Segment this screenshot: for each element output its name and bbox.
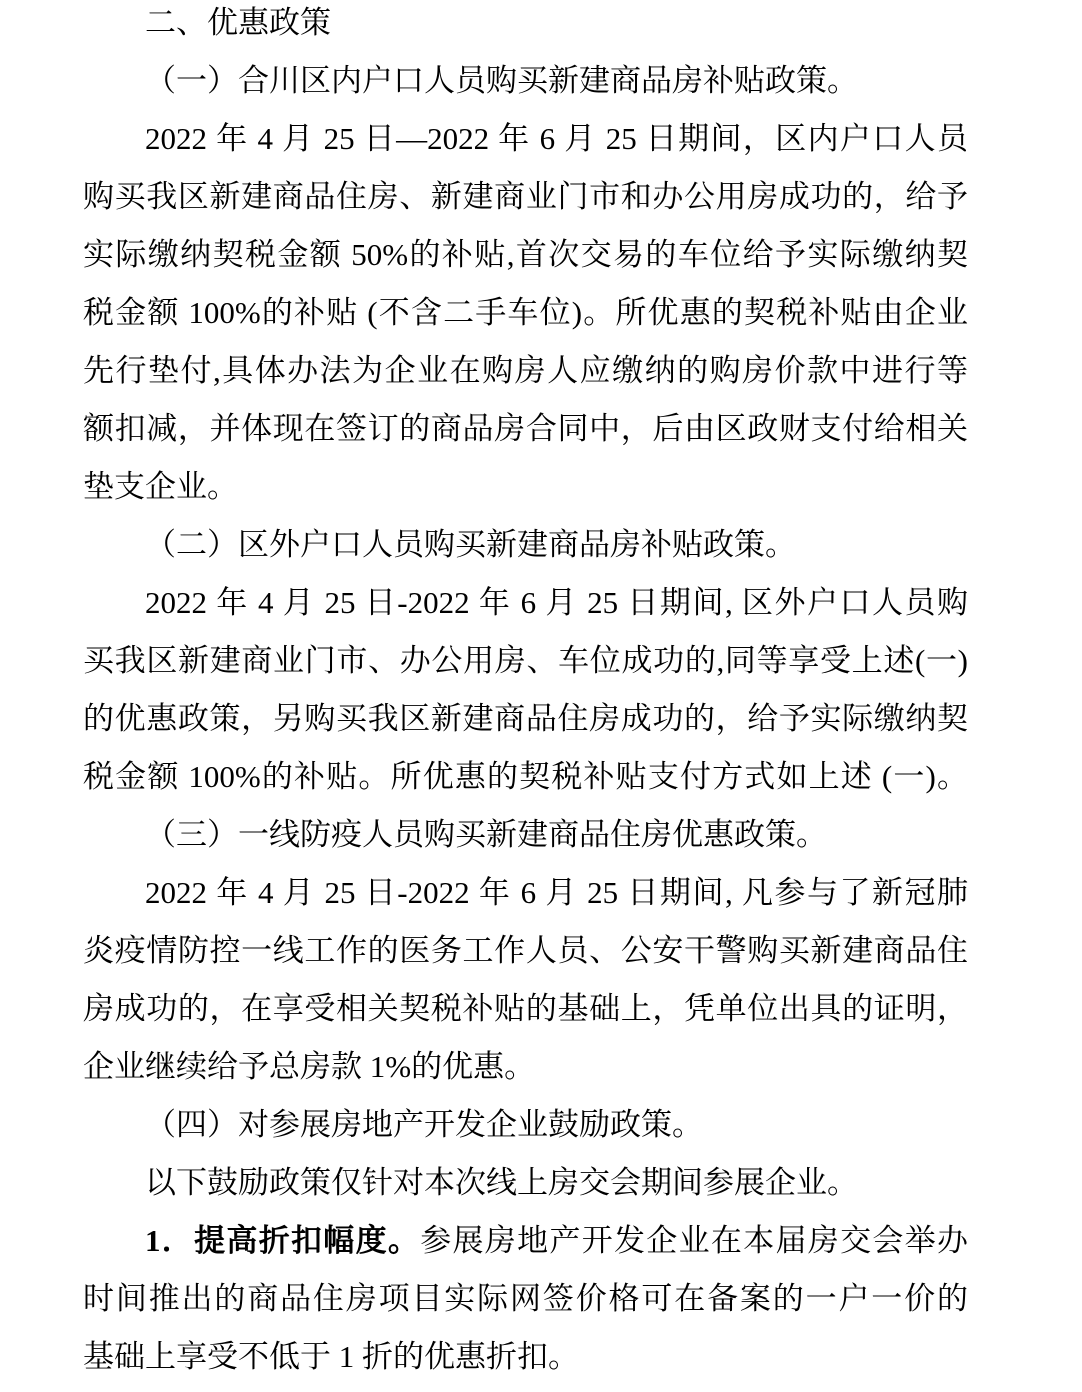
text-line: 垫支企业。 (83, 458, 968, 516)
text-line: （二）区外户口人员购买新建商品房补贴政策。 (83, 516, 968, 574)
text-line: 企业继续给予总房款 1%的优惠。 (83, 1038, 968, 1096)
text-segment: （一）合川区内户口人员购买新建商品房补贴政策。 (145, 63, 858, 98)
text-line: 的优惠政策，另购买我区新建商品住房成功的，给予实际缴纳契 (83, 690, 968, 748)
text-segment: 税金额 100%的补贴 (不含二手车位)。所优惠的契税补贴由企业 (83, 295, 968, 330)
text-segment: （二）区外户口人员购买新建商品房补贴政策。 (145, 527, 796, 562)
text-line: 税金额 100%的补贴 (不含二手车位)。所优惠的契税补贴由企业 (83, 284, 968, 342)
text-line: 2022 年 4 月 25 日—2022 年 6 月 25 日期间，区内户口人员 (83, 110, 968, 168)
text-segment: 基础上享受不低于 1 折的优惠折扣。 (83, 1339, 579, 1374)
text-segment: 购买我区新建商品住房、新建商业门市和办公用房成功的，给予 (83, 179, 968, 214)
text-line: 以下鼓励政策仅针对本次线上房交会期间参展企业。 (83, 1154, 968, 1212)
text-segment: 炎疫情防控一线工作的医务工作人员、公安干警购买新建商品住 (83, 933, 968, 968)
text-line: 时间推出的商品住房项目实际网签价格可在备案的一户一价的 (83, 1270, 968, 1328)
text-segment: 企业继续给予总房款 1%的优惠。 (83, 1049, 535, 1084)
text-line: 房成功的，在享受相关契税补贴的基础上，凭单位出具的证明， (83, 980, 968, 1038)
text-line: 实际缴纳契税金额 50%的补贴,首次交易的车位给予实际缴纳契 (83, 226, 968, 284)
document-body: 二、优惠政策（一）合川区内户口人员购买新建商品房补贴政策。2022 年 4 月 … (0, 0, 1082, 1386)
text-line: 买我区新建商业门市、办公用房、车位成功的,同等享受上述(一) (83, 632, 968, 690)
text-segment: 税金额 100%的补贴。所优惠的契税补贴支付方式如上述 (一)。 (83, 759, 968, 794)
text-line: 基础上享受不低于 1 折的优惠折扣。 (83, 1328, 968, 1386)
text-line: 炎疫情防控一线工作的医务工作人员、公安干警购买新建商品住 (83, 922, 968, 980)
text-line: 二、优惠政策 (83, 0, 968, 52)
text-segment: 以下鼓励政策仅针对本次线上房交会期间参展企业。 (145, 1165, 858, 1200)
text-line: 额扣减，并体现在签订的商品房合同中，后由区政财支付给相关 (83, 400, 968, 458)
text-line: 1．提高折扣幅度。参展房地产开发企业在本届房交会举办 (83, 1212, 968, 1270)
text-segment: 房成功的，在享受相关契税补贴的基础上，凭单位出具的证明， (83, 991, 968, 1026)
text-segment: 2022 年 4 月 25 日—2022 年 6 月 25 日期间，区内户口人员 (145, 121, 968, 156)
text-segment: 额扣减，并体现在签订的商品房合同中，后由区政财支付给相关 (83, 411, 968, 446)
text-line: 2022 年 4 月 25 日-2022 年 6 月 25 日期间, 凡参与了新… (83, 864, 968, 922)
text-segment: 2022 年 4 月 25 日-2022 年 6 月 25 日期间, 区外户口人… (145, 585, 968, 620)
text-segment: 2022 年 4 月 25 日-2022 年 6 月 25 日期间, 凡参与了新… (145, 875, 968, 910)
text-line: 先行垫付,具体办法为企业在购房人应缴纳的购房价款中进行等 (83, 342, 968, 400)
text-segment: 先行垫付,具体办法为企业在购房人应缴纳的购房价款中进行等 (83, 353, 968, 388)
text-segment: 的优惠政策，另购买我区新建商品住房成功的，给予实际缴纳契 (83, 701, 968, 736)
text-segment: （三）一线防疫人员购买新建商品住房优惠政策。 (145, 817, 827, 852)
text-segment: 时间推出的商品住房项目实际网签价格可在备案的一户一价的 (83, 1281, 968, 1316)
text-segment: 买我区新建商业门市、办公用房、车位成功的,同等享受上述(一) (83, 643, 968, 678)
document-page: 二、优惠政策（一）合川区内户口人员购买新建商品房补贴政策。2022 年 4 月 … (0, 0, 1082, 1386)
text-line: 购买我区新建商品住房、新建商业门市和办公用房成功的，给予 (83, 168, 968, 226)
text-line: （四）对参展房地产开发企业鼓励政策。 (83, 1096, 968, 1154)
text-line: （一）合川区内户口人员购买新建商品房补贴政策。 (83, 52, 968, 110)
text-segment: 二、优惠政策 (145, 5, 331, 40)
text-segment: 实际缴纳契税金额 50%的补贴,首次交易的车位给予实际缴纳契 (83, 237, 968, 272)
text-segment-bold: 1．提高折扣幅度。 (145, 1223, 420, 1258)
text-line: （三）一线防疫人员购买新建商品住房优惠政策。 (83, 806, 968, 864)
text-line: 税金额 100%的补贴。所优惠的契税补贴支付方式如上述 (一)。 (83, 748, 968, 806)
text-segment: 垫支企业。 (83, 469, 238, 504)
text-line: 2022 年 4 月 25 日-2022 年 6 月 25 日期间, 区外户口人… (83, 574, 968, 632)
text-segment: （四）对参展房地产开发企业鼓励政策。 (145, 1107, 703, 1142)
text-segment: 参展房地产开发企业在本届房交会举办 (420, 1223, 968, 1258)
